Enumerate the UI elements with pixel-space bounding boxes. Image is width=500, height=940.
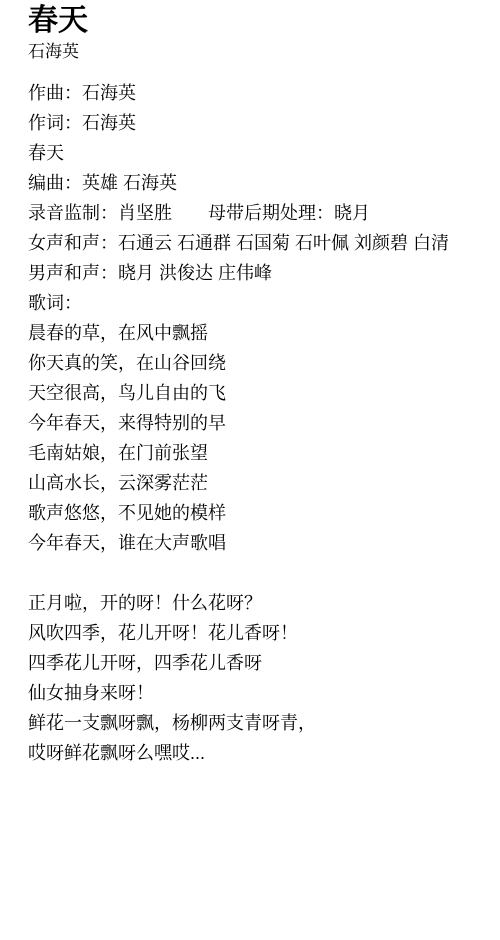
song-text: 作曲：石海英 作词：石海英 春天 编曲：英雄 石海英 录音监制：肖坚胜 母带后期… (28, 78, 500, 768)
lyric-line: 风吹四季，花儿开呀！花儿香呀！ (28, 618, 500, 648)
lyric-line: 毛南姑娘，在门前张望 (28, 438, 500, 468)
lyrics-label: 歌词： (28, 288, 500, 318)
lyric-line: 四季花儿开呀，四季花儿香呀 (28, 648, 500, 678)
lyric-line: 正月啦，开的呀！什么花呀？ (28, 588, 500, 618)
lyric-line: 山高水长，云深雾茫茫 (28, 468, 500, 498)
credit-line-composer: 作曲：石海英 (28, 78, 500, 108)
page-content: 春天 石海英 作曲：石海英 作词：石海英 春天 编曲：英雄 石海英 录音监制：肖… (0, 0, 500, 768)
credit-line-male-harmony: 男声和声：晓月 洪俊达 庄伟峰 (28, 258, 500, 288)
page-title: 春天 (28, 0, 500, 39)
credit-line-female-harmony: 女声和声：石通云 石通群 石国菊 石叶佩 刘颜碧 白清 (28, 228, 500, 258)
lyric-line: 哎呀鲜花飘呀么嘿哎... (28, 738, 500, 768)
lyric-line: 晨春的草，在风中飘摇 (28, 318, 500, 348)
lyric-line: 今年春天，谁在大声歌唱 (28, 528, 500, 558)
lyric-line: 今年春天，来得特别的早 (28, 408, 500, 438)
lyric-line: 天空很高，鸟儿自由的飞 (28, 378, 500, 408)
credit-line-recording: 录音监制：肖坚胜 母带后期处理：晓月 (28, 198, 500, 228)
lyric-line: 你天真的笑，在山谷回绕 (28, 348, 500, 378)
lyrics-page: 春天 石海英 作曲：石海英 作词：石海英 春天 编曲：英雄 石海英 录音监制：肖… (0, 0, 500, 940)
lyric-line: 歌声悠悠，不见她的模样 (28, 498, 500, 528)
lyric-line-blank (28, 558, 500, 588)
lyric-line: 鲜花一支飘呀飘，杨柳两支青呀青， (28, 708, 500, 738)
credit-line-arranger: 编曲：英雄 石海英 (28, 168, 500, 198)
credit-line-songname: 春天 (28, 138, 500, 168)
artist-name: 石海英 (28, 41, 500, 63)
lyric-line: 仙女抽身来呀！ (28, 678, 500, 708)
credit-line-lyricist: 作词：石海英 (28, 108, 500, 138)
